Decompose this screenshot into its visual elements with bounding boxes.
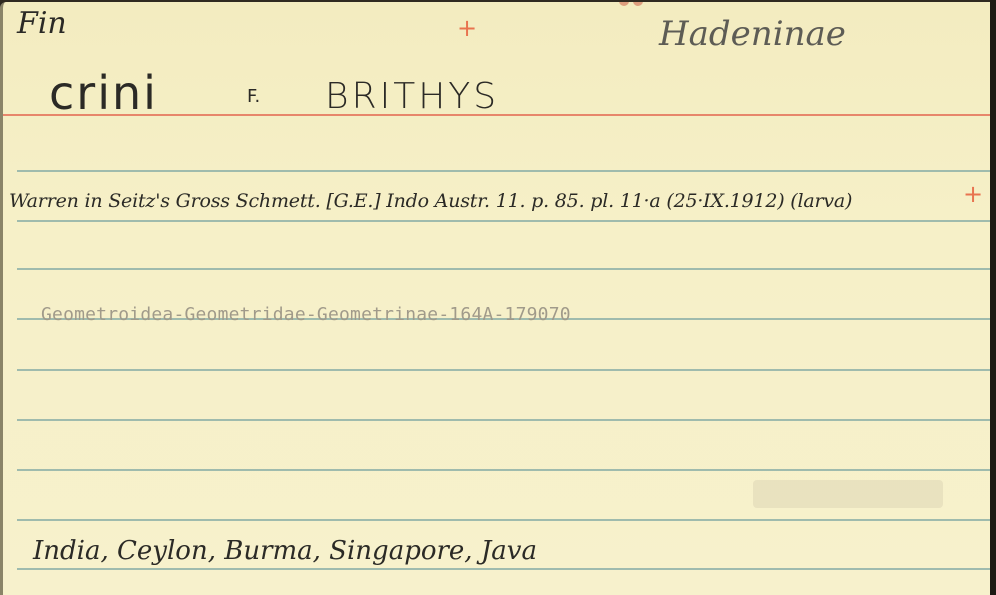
ruled-line xyxy=(17,469,993,471)
card-right-edge xyxy=(990,0,996,595)
genus-name: BRITHYS xyxy=(325,76,499,117)
smudge xyxy=(753,480,943,508)
distribution-text: India, Ceylon, Burma, Singapore, Java xyxy=(33,536,537,566)
index-card: Fin crini F. BRITHYS Hadeninae + + Warre… xyxy=(0,2,993,595)
red-stain xyxy=(619,2,629,6)
reference-citation: Warren in Seitz's Gross Schmett. [G.E.] … xyxy=(9,190,852,212)
family-pencil-note: Hadeninae xyxy=(659,14,846,54)
ruled-line xyxy=(17,220,993,222)
red-plus-mark: + xyxy=(963,182,983,206)
ruled-line xyxy=(17,268,993,270)
ruled-line xyxy=(17,568,993,570)
genus-marker: F. xyxy=(247,86,260,107)
red-plus-mark: + xyxy=(457,16,477,40)
typed-classification: Geometroidea-Geometridae-Geometrinae-164… xyxy=(41,304,571,325)
red-stain xyxy=(633,2,643,6)
ruled-line xyxy=(17,369,993,371)
ruled-line xyxy=(17,170,993,172)
ruled-line xyxy=(17,519,993,521)
species-name: crini xyxy=(49,66,158,120)
prefix-text: Fin xyxy=(17,6,67,41)
ruled-line xyxy=(17,419,993,421)
